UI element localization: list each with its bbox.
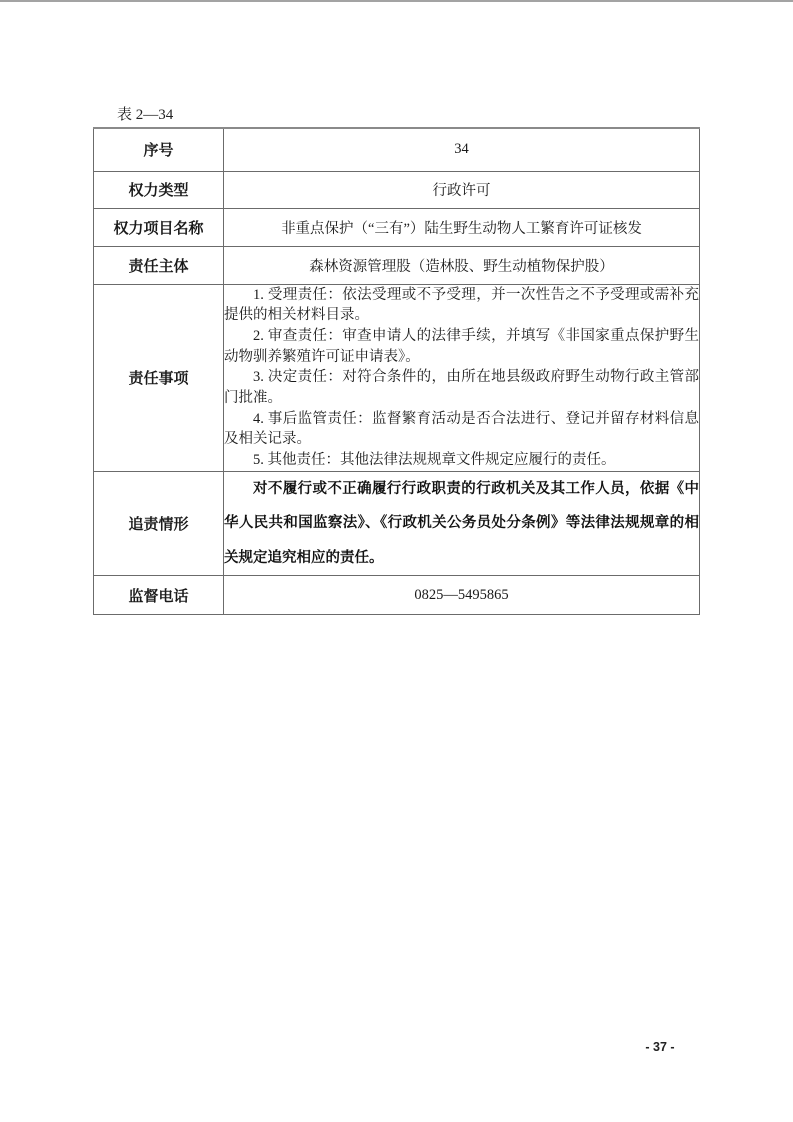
table-row-responsibility-items: 责任事项 1. 受理责任：依法受理或不予受理，并一次性告之不予受理或需补充提供的… xyxy=(94,284,700,471)
table-row-power-item-name: 权力项目名称 非重点保护（“三有”）陆生野生动物人工繁育许可证核发 xyxy=(94,208,700,246)
row-value-responsibility-items: 1. 受理责任：依法受理或不予受理，并一次性告之不予受理或需补充提供的相关材料目… xyxy=(224,284,700,471)
table-row-serial-number: 序号 34 xyxy=(94,128,700,171)
row-value-power-type: 行政许可 xyxy=(224,171,700,208)
document-page: 表 2—34 序号 34 权力类型 行政许可 权力项目名称 非重点保护（“三有”… xyxy=(0,0,793,1122)
row-label-supervision-phone: 监督电话 xyxy=(94,576,224,615)
table-row-responsible-entity: 责任主体 森林资源管理股（造林股、野生动植物保护股） xyxy=(94,246,700,284)
responsibility-item-3: 3. 决定责任：对符合条件的，由所在地县级政府野生动物行政主管部门批准。 xyxy=(224,367,699,408)
row-label-serial-number: 序号 xyxy=(94,128,224,171)
table-caption: 表 2—34 xyxy=(117,103,173,124)
row-value-serial-number: 34 xyxy=(224,128,700,171)
power-responsibility-table: 序号 34 权力类型 行政许可 权力项目名称 非重点保护（“三有”）陆生野生动物… xyxy=(93,127,700,615)
responsibility-item-4: 4. 事后监管责任：监督繁育活动是否合法进行、登记并留存材料信息及相关记录。 xyxy=(224,409,699,450)
page-top-edge xyxy=(0,0,793,2)
responsibility-item-5: 5. 其他责任：其他法律法规规章文件规定应履行的责任。 xyxy=(224,450,699,471)
table-row-supervision-phone: 监督电话 0825—5495865 xyxy=(94,576,700,615)
responsibility-item-2: 2. 审查责任：审查申请人的法律手续，并填写《非国家重点保护野生动物驯养繁殖许可… xyxy=(224,326,699,367)
row-value-power-item-name: 非重点保护（“三有”）陆生野生动物人工繁育许可证核发 xyxy=(224,208,700,246)
row-value-supervision-phone: 0825—5495865 xyxy=(224,576,700,615)
row-value-accountability: 对不履行或不正确履行行政职责的行政机关及其工作人员，依据《中华人民共和国监察法》… xyxy=(224,471,700,576)
row-value-responsible-entity: 森林资源管理股（造林股、野生动植物保护股） xyxy=(224,246,700,284)
responsibility-item-1: 1. 受理责任：依法受理或不予受理，并一次性告之不予受理或需补充提供的相关材料目… xyxy=(224,285,699,326)
table-row-accountability: 追责情形 对不履行或不正确履行行政职责的行政机关及其工作人员，依据《中华人民共和… xyxy=(94,471,700,576)
table-row-power-type: 权力类型 行政许可 xyxy=(94,171,700,208)
accountability-text: 对不履行或不正确履行行政职责的行政机关及其工作人员，依据《中华人民共和国监察法》… xyxy=(224,472,699,576)
row-label-power-type: 权力类型 xyxy=(94,171,224,208)
row-label-power-item-name: 权力项目名称 xyxy=(94,208,224,246)
row-label-accountability: 追责情形 xyxy=(94,471,224,576)
page-number: - 37 - xyxy=(628,1040,692,1054)
row-label-responsible-entity: 责任主体 xyxy=(94,246,224,284)
row-label-responsibility-items: 责任事项 xyxy=(94,284,224,471)
